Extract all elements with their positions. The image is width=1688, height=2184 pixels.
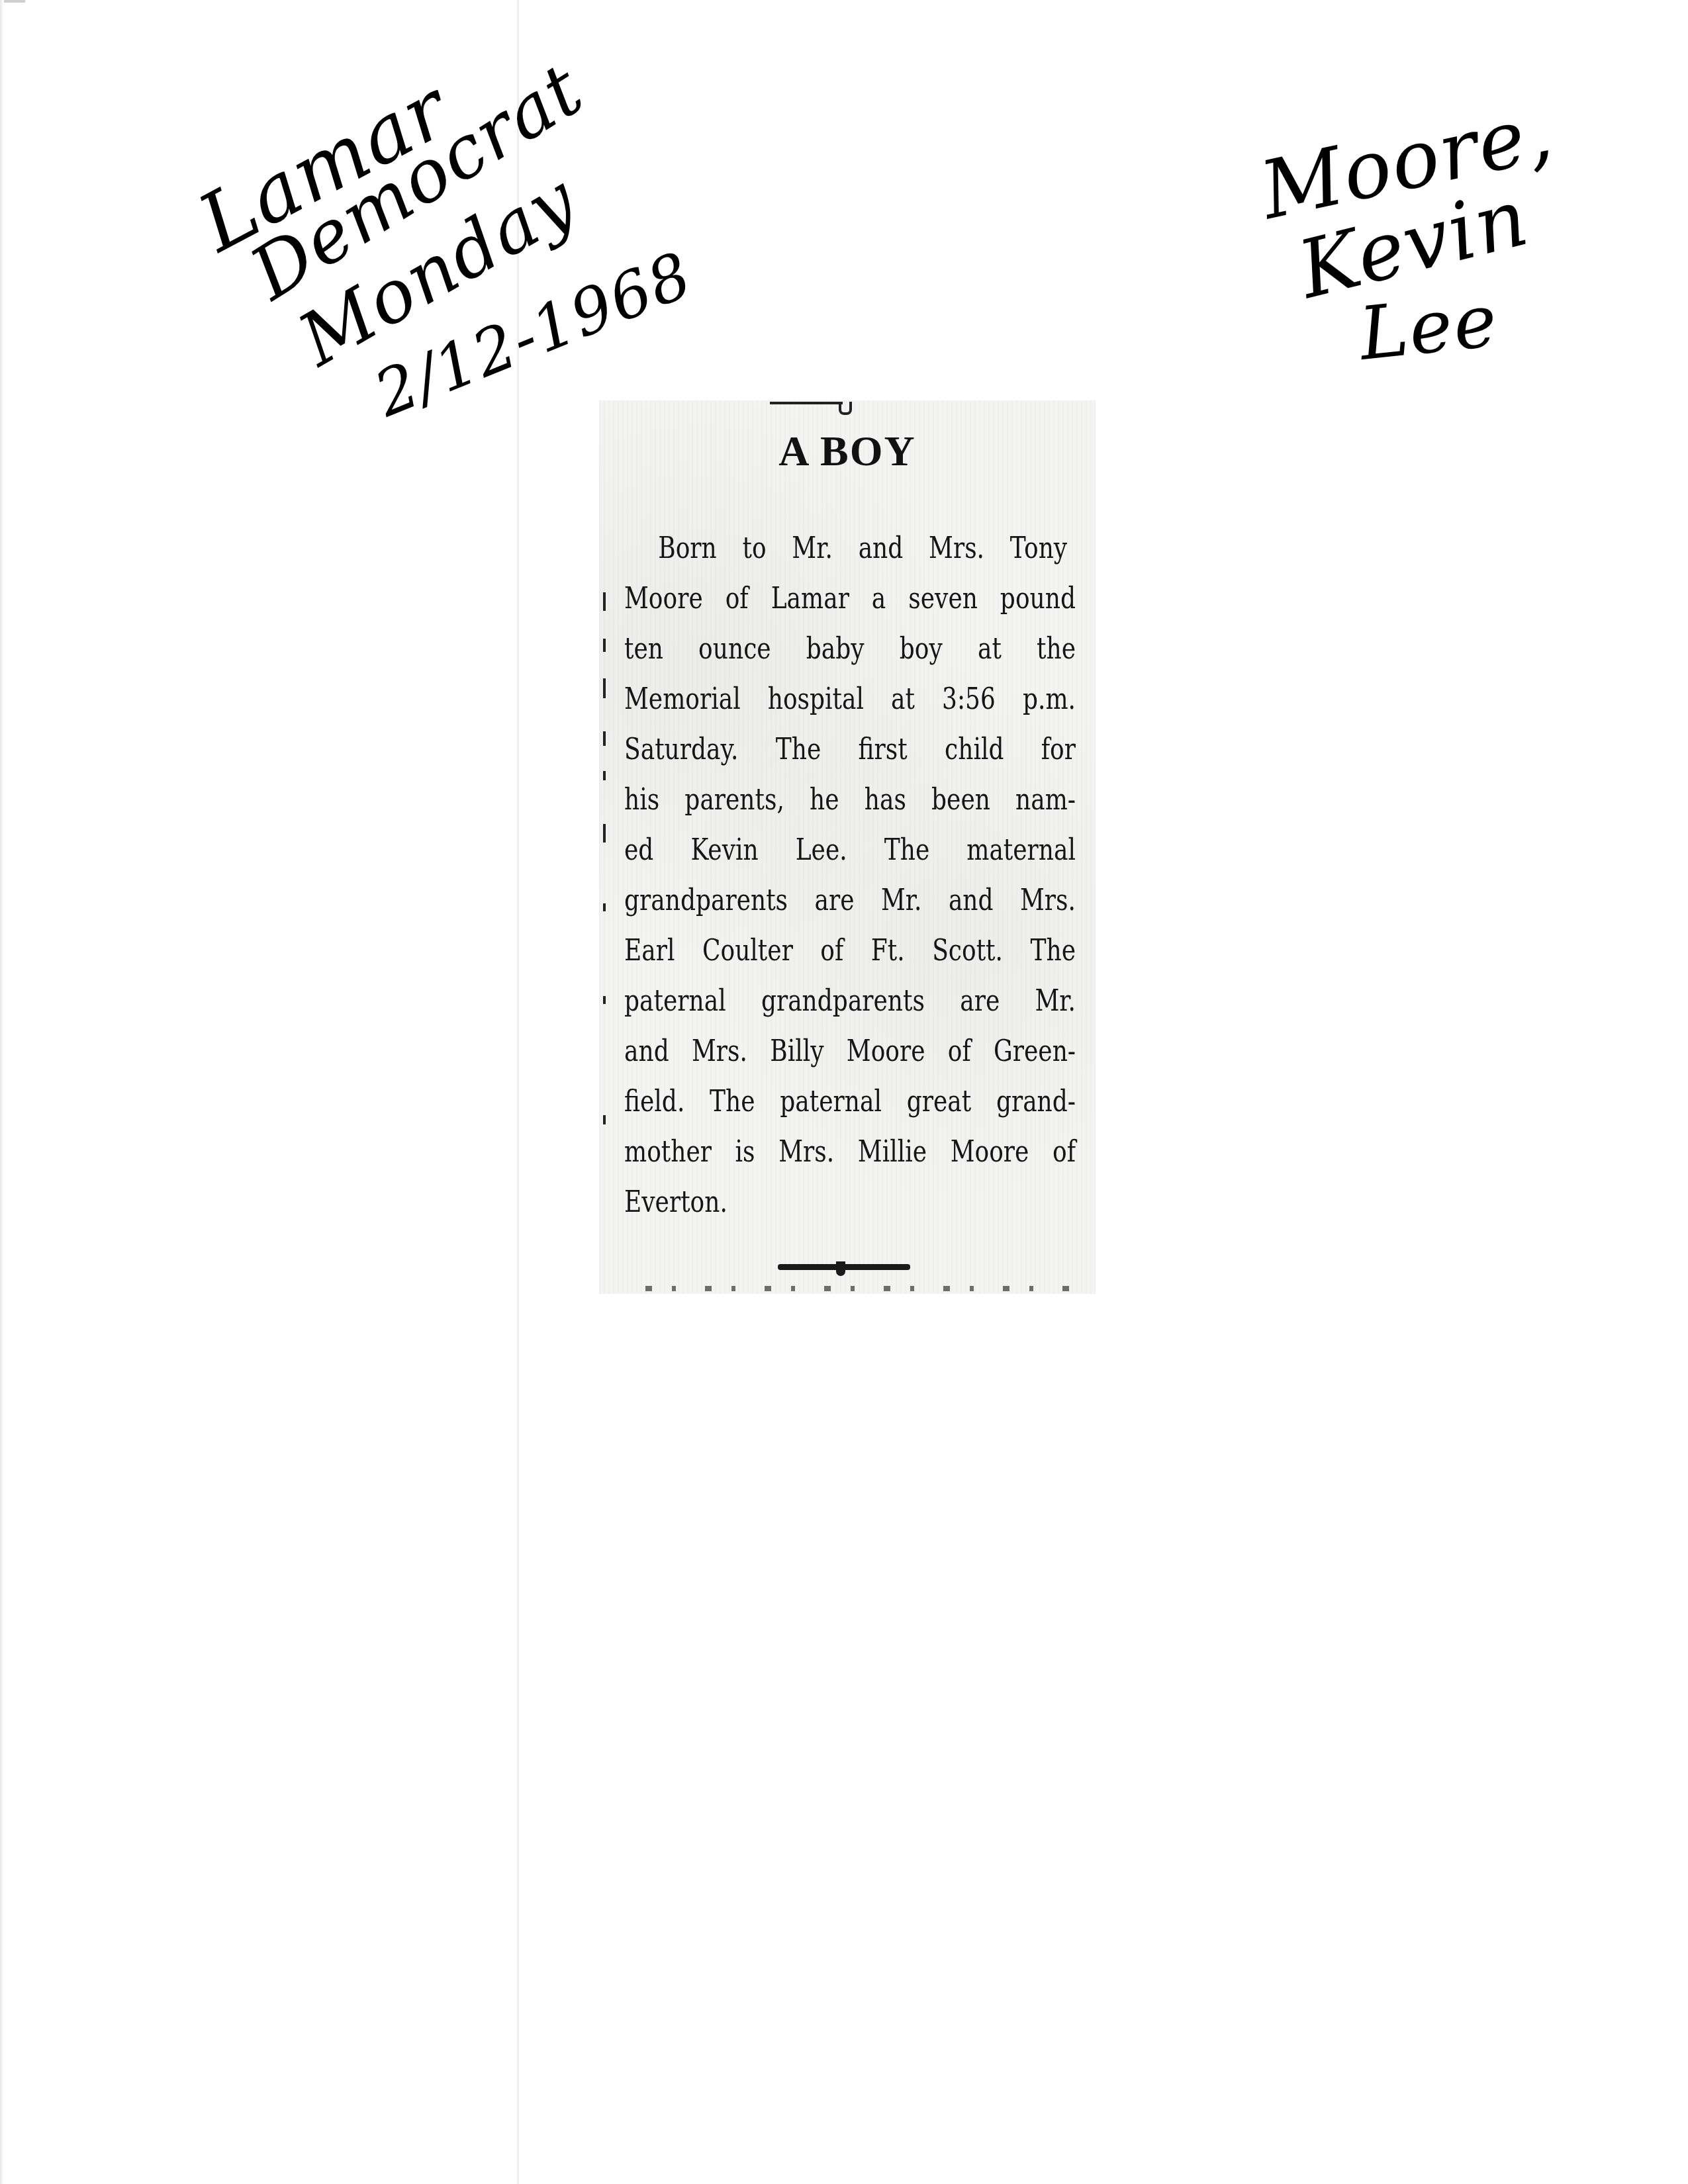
bottom-divider-ornament xyxy=(778,1264,910,1270)
body-line: mother is Mrs. Millie Moore of xyxy=(624,1126,1076,1177)
clipping-body: Born to Mr. and Mrs. Tony Moore of Lamar… xyxy=(624,523,1076,1227)
body-line: his parents, he has been nam- xyxy=(624,774,1076,825)
scan-left-edge xyxy=(0,0,3,2184)
handwritten-source-note: Lamar Democrat Monday 2/12-1968 xyxy=(199,106,569,410)
middle-name: Lee xyxy=(1356,284,1502,371)
body-line: Born to Mr. and Mrs. Tony xyxy=(624,523,1067,573)
body-line: grandparents are Mr. and Mrs. xyxy=(624,875,1076,925)
top-divider-ornament xyxy=(770,402,843,404)
scan-corner-mark xyxy=(4,0,25,3)
body-line: paternal grandparents are Mr. xyxy=(624,976,1076,1026)
handwritten-name-note: Moore, Kevin Lee xyxy=(1258,126,1549,377)
body-line: Memorial hospital at 3:56 p.m. xyxy=(624,674,1076,724)
body-line: and Mrs. Billy Moore of Green- xyxy=(624,1026,1076,1076)
body-line: ten ounce baby boy at the xyxy=(624,623,1076,674)
next-article-fragment xyxy=(645,1286,1069,1291)
body-line: field. The paternal great grand- xyxy=(624,1076,1076,1126)
clipping-headline: A BOY xyxy=(599,427,1096,476)
adjacent-column-fragments xyxy=(599,400,615,1294)
newspaper-clipping: A BOY Born to Mr. and Mrs. Tony Moore of… xyxy=(599,400,1096,1294)
body-line: Saturday. The first child for xyxy=(624,724,1076,774)
body-line: Everton. xyxy=(624,1177,1076,1227)
body-line: Moore of Lamar a seven pound xyxy=(624,573,1076,623)
body-line: Earl Coulter of Ft. Scott. The xyxy=(624,925,1076,976)
body-line: ed Kevin Lee. The maternal xyxy=(624,825,1076,875)
